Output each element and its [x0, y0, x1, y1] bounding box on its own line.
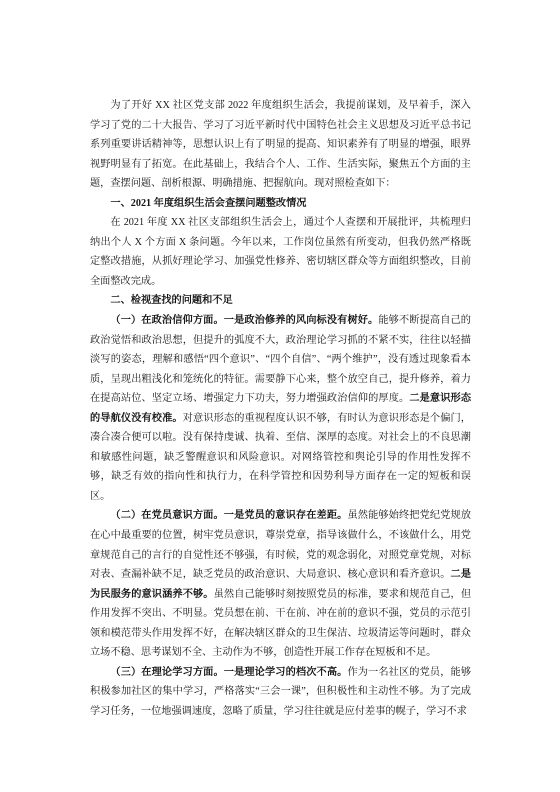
text-run: 为了开好 XX 社区党支部 2022 年度组织生活会，我提前谋划，及早着手，深入… [90, 100, 471, 189]
text-run: 能够不断提高自己的政治觉悟和政治思想，但提升的弧度不大，政治理论学习抓的不紧不实… [90, 315, 471, 404]
emphasis-text-run: 一、2021 年度组织生活会查摆问题整改情况 [110, 198, 306, 209]
text-run: 在 2021 年度 XX 社区支部组织生活会上，通过个人查摆和开展批评，共梳理归… [90, 217, 471, 287]
paragraph: （三）在理论学习方面。一是理论学习的档次不高。作为一名社区的党员，能够积极参加社… [90, 663, 471, 722]
document-page: 为了开好 XX 社区党支部 2022 年度组织生活会，我提前谋划，及早着手，深入… [0, 0, 560, 792]
paragraph: 在 2021 年度 XX 社区支部组织生活会上，通过个人查摆和开展批评，共梳理归… [90, 213, 471, 291]
emphasis-text-run: （二）在党员意识方面。一是党员的意识存在差距。 [110, 510, 347, 521]
paragraph: 为了开好 XX 社区党支部 2022 年度组织生活会，我提前谋划，及早着手，深入… [90, 96, 471, 194]
emphasis-text-run: （一）在政治信仰方面。一是政治修养的风向标没有树好。 [110, 315, 378, 326]
text-run: 对意识形态的重视程度认识不够，有时认为意识形态是个偏门，凑合凑合便可以啦。没有保… [90, 413, 471, 502]
emphasis-text-run: （三）在理论学习方面。一是理论学习的档次不高。 [110, 667, 347, 678]
document-body: 为了开好 XX 社区党支部 2022 年度组织生活会，我提前谋划，及早着手，深入… [90, 96, 471, 722]
paragraph: （一）在政治信仰方面。一是政治修养的风向标没有树好。能够不断提高自己的政治觉悟和… [90, 311, 471, 506]
emphasis-text-run: 二、检视查找的问题和不足 [110, 295, 232, 306]
paragraph: （二）在党员意识方面。一是党员的意识存在差距。虽然能够始终把党纪党规放在心中最重… [90, 506, 471, 662]
section-heading: 二、检视查找的问题和不足 [90, 291, 471, 311]
section-heading: 一、2021 年度组织生活会查摆问题整改情况 [90, 194, 471, 214]
